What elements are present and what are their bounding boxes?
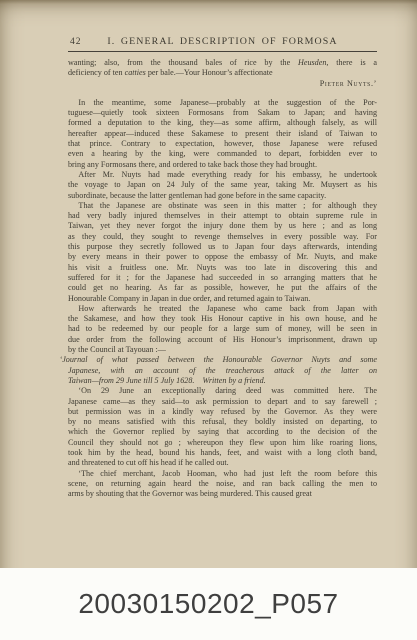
text-line: suffered for it ; for the Japanese had s… — [68, 272, 377, 282]
text-line: subordinate, because the latter gentlema… — [68, 190, 377, 200]
header-rule — [68, 51, 377, 52]
text-line: bring any Formosans there, and ordered t… — [68, 159, 377, 169]
paper-background: 42 I. GENERAL DESCRIPTION OF FORMOSA wan… — [0, 0, 417, 569]
text-line: formed a deputation to the king, they—as… — [68, 117, 377, 127]
text-line: had to be redeemed by our people for a l… — [68, 323, 377, 333]
text-line: arms by shouting that the Governor was b… — [68, 488, 377, 498]
text-line: had very badly injured themselves in the… — [68, 210, 377, 220]
text-line: his visit a fruitless one. Mr. Nuyts was… — [68, 262, 377, 272]
text-line: as they could, they sought to revenge th… — [68, 231, 377, 241]
text-line: the voyage to Japan on 24 July of the sa… — [68, 179, 377, 189]
running-title: I. GENERAL DESCRIPTION OF FORMOSA — [68, 36, 377, 47]
text-line: which the Governor replied by saying tha… — [68, 426, 377, 436]
paragraph: That the Japanese are obstinate was seen… — [68, 200, 377, 303]
text-line: ‘On 29 June an exceptionally daring deed… — [68, 385, 377, 395]
text-line: Taiwan, yet they never forgot the injury… — [68, 220, 377, 230]
scanned-book-page: 42 I. GENERAL DESCRIPTION OF FORMOSA wan… — [0, 0, 417, 640]
text-line: scene, on returning again heard the nois… — [68, 478, 377, 488]
text-line: due order from the following account of … — [68, 334, 377, 344]
block-quote: ‘Journal of what passed between the Hono… — [68, 354, 377, 385]
page-body: wanting; also, from the thousand bales o… — [68, 57, 377, 498]
text-line: could get no hearing. As far as possible… — [68, 282, 377, 292]
text-line: Pieter Nuyts.’ — [68, 78, 377, 88]
scan-label-strip: 20030150202_P057 — [0, 568, 417, 640]
text-line: Japanese, with an account of the treache… — [68, 365, 377, 375]
text-line: That the Japanese are obstinate was seen… — [68, 200, 377, 210]
text-line: Japanese came—as they said—to ask permis… — [68, 396, 377, 406]
text-line: Taiwan—from 29 June till 5 July 1628. Wr… — [68, 375, 377, 385]
text-line: the Sakamese, and how they took His Hono… — [68, 313, 377, 323]
page-number: 42 — [70, 37, 82, 47]
text-line: by no means satisfied with this refusal,… — [68, 416, 377, 426]
text-line: that prince. Contrary to expectation, ho… — [68, 138, 377, 148]
text-line: by the Council at Tayouan :— — [68, 344, 377, 354]
text-line: took him by the head, bound his hands, f… — [68, 447, 377, 457]
text-line: and threatened to cut off his head if he… — [68, 457, 377, 467]
text-line: even a hearing by the king, were command… — [68, 148, 377, 158]
scan-id-label: 20030150202_P057 — [78, 588, 338, 620]
text-line: wanting; also, from the thousand bales o… — [68, 57, 377, 67]
signature-line: Pieter Nuyts.’ — [68, 78, 377, 88]
text-line: tuguese—quietly took sixteen Formosans f… — [68, 107, 377, 117]
page-content: 42 I. GENERAL DESCRIPTION OF FORMOSA wan… — [68, 36, 377, 498]
text-line: hereafter appear—induced these Sakamese … — [68, 128, 377, 138]
text-line: Council they should not go ; whereupon t… — [68, 437, 377, 447]
text-line: In the meantime, some Japanese—probably … — [68, 97, 377, 107]
text-line: ‘The chief merchant, Jacob Hooman, who h… — [68, 468, 377, 478]
text-line: ‘Journal of what passed between the Hono… — [68, 354, 377, 364]
text-line: deficiency of ten catties per bale.—Your… — [68, 67, 377, 77]
paragraph: wanting; also, from the thousand bales o… — [68, 57, 377, 78]
paragraph: In the meantime, some Japanese—probably … — [68, 97, 377, 169]
page-header: 42 I. GENERAL DESCRIPTION OF FORMOSA — [68, 36, 377, 48]
text-line: Honourable Company in Japan in due order… — [68, 293, 377, 303]
text-line: but permission was in a kindly way refus… — [68, 406, 377, 416]
text-line: How afterwards he treated the Japanese w… — [68, 303, 377, 313]
text-line: this purpose they secretly followed us t… — [68, 241, 377, 251]
paragraph: ‘The chief merchant, Jacob Hooman, who h… — [68, 468, 377, 499]
paragraph: How afterwards he treated the Japanese w… — [68, 303, 377, 354]
paragraph: After Mr. Nuyts had made everything read… — [68, 169, 377, 200]
text-line: by every means in their power to oppose … — [68, 251, 377, 261]
paragraph: ‘On 29 June an exceptionally daring deed… — [68, 385, 377, 467]
text-line: After Mr. Nuyts had made everything read… — [68, 169, 377, 179]
